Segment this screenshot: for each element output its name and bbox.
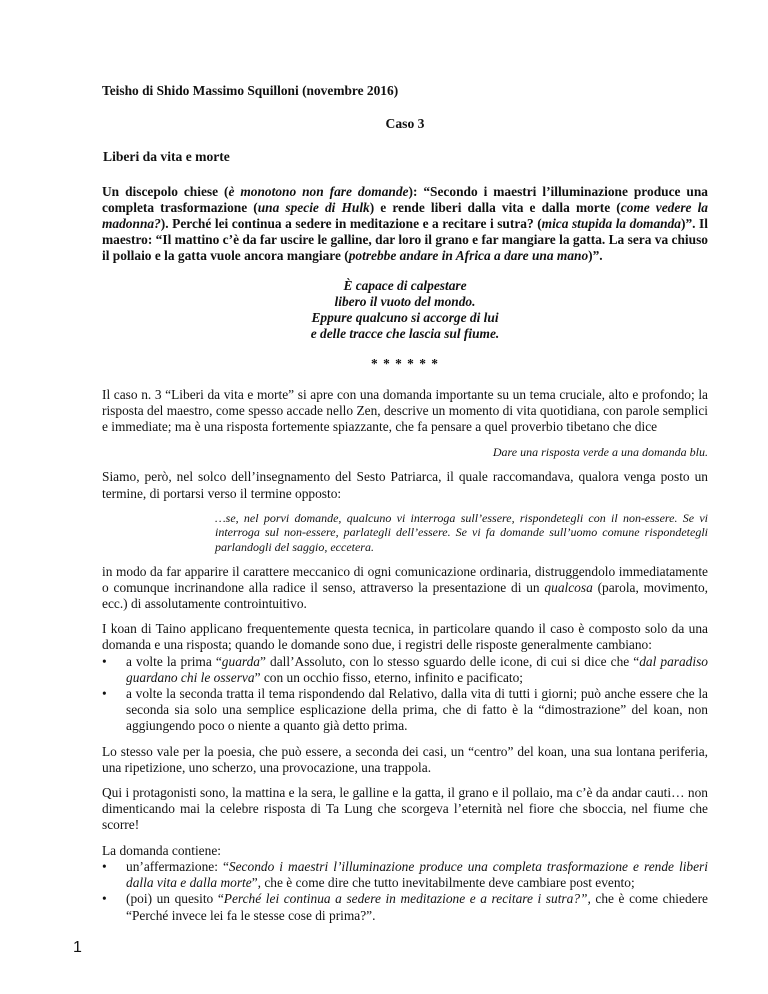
text-run: un’affermazione: “ [126,859,229,874]
text-run: (poi) un quesito “ [126,891,224,906]
case-number: Caso 3 [102,116,708,132]
document-page: Teisho di Shido Massimo Squilloni (novem… [0,0,768,994]
list-item: •(poi) un quesito “Perché lei continua a… [126,891,708,923]
text-run: ”, che è come dire che tutto inevitabilm… [252,875,635,890]
koan-part: ). Perché lei continua a sedere in medit… [161,216,542,231]
block-quote: …se, nel porvi domande, qualcuno vi inte… [102,511,708,555]
paragraph-mechanical: in modo da far apparire il carattere mec… [102,564,708,613]
paragraph-taino: I koan di Taino applicano frequentemente… [102,621,708,653]
document-header: Teisho di Shido Massimo Squilloni (novem… [102,83,708,99]
section-separator: * * * * * * [102,356,708,372]
document-content: Teisho di Shido Massimo Squilloni (novem… [102,83,708,933]
page-number: 1 [73,939,82,957]
paragraph-patriarch: Siamo, però, nel solco dell’insegnamento… [102,469,708,501]
poem-line: e delle tracce che lascia sul fiume. [102,326,708,342]
list-item: •a volte la prima “guarda” dall’Assoluto… [126,654,708,686]
poem-line: È capace di calpestare [102,278,708,294]
case-title-text: Liberi da vita e morte [102,149,230,164]
bullet-icon: • [102,859,107,875]
bullet-icon: • [102,686,107,702]
text-run-italic: Perché lei continua a sedere in meditazi… [224,891,591,906]
text-run: ” con un occhio fisso, eterno, infinito … [255,670,523,685]
paragraph-question-contains: La domanda contiene: [102,843,708,859]
koan-aside: una specie di Hulk [258,200,370,215]
bullet-list-question: •un’affermazione: “Secondo i maestri l’i… [102,859,708,924]
poem: È capace di calpestare libero il vuoto d… [102,278,708,343]
text-run: a volte la prima “ [126,654,222,669]
poem-line: Eppure qualcuno si accorge di lui [102,310,708,326]
poem-line: libero il vuoto del mondo. [102,294,708,310]
koan-part: )”. [588,248,603,263]
list-item: •a volte la seconda tratta il tema rispo… [126,686,708,735]
koan-part: Un discepolo chiese ( [102,184,228,199]
bullet-icon: • [102,891,107,907]
paragraph-intro: Il caso n. 3 “Liberi da vita e morte” si… [102,387,708,436]
text-run-italic: guarda [222,654,260,669]
text-run-italic: qualcosa [544,580,592,595]
text-run: ” dall’Assoluto, con lo stesso sguardo d… [260,654,639,669]
paragraph-protagonists: Qui i protagonisti sono, la mattina e la… [102,785,708,834]
koan-aside: è monotono non fare domande [228,184,408,199]
bullet-list-registers: •a volte la prima “guarda” dall’Assoluto… [102,654,708,735]
paragraph-poetry: Lo stesso vale per la poesia, che può es… [102,744,708,776]
proverb-quote: Dare una risposta verde a una domanda bl… [102,444,708,460]
bullet-icon: • [102,654,107,670]
case-title: Liberi da vita e morte [102,149,708,165]
koan-aside: mica stupida la domanda [542,216,681,231]
koan-text: Un discepolo chiese (è monotono non fare… [102,184,708,265]
list-item: •un’affermazione: “Secondo i maestri l’i… [126,859,708,891]
text-run: a volte la seconda tratta il tema rispon… [126,686,708,733]
koan-part: ) e rende liberi dalla vita e dalla mort… [370,200,621,215]
koan-aside: potrebbe andare in Africa a dare una man… [349,248,588,263]
